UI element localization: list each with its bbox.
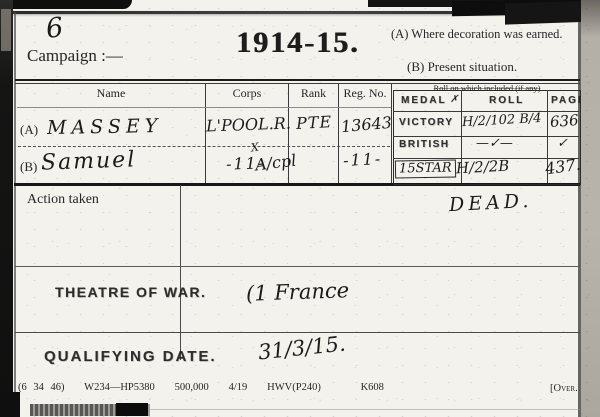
action-section-rule (15, 266, 580, 267)
medal-row-star-roll: H/2/2B (456, 157, 510, 178)
medal-index-card-scan: 6 Campaign :— 1914-15. (A) Where decorat… (0, 0, 600, 417)
row-a-label: (A) (20, 122, 38, 138)
action-taken-value: DEAD. (448, 190, 532, 216)
medal-row-british-label: BRITISH (399, 139, 450, 150)
over-note: [Over. (550, 383, 578, 394)
action-taken-label: Action taken (27, 192, 99, 208)
roll-box-title: Roll on which included (if any) (395, 83, 579, 93)
form-print-code: (6 34 46) W234—HP5380 500,000 4/19 HWV(P… (18, 382, 384, 393)
card-title: 1914-15. (236, 26, 360, 60)
campaign-label: Campaign :— (27, 46, 123, 66)
scan-edge-left-strip (0, 0, 13, 417)
scan-edge-bottom-left-corner (0, 392, 20, 417)
card-left-border (14, 12, 16, 416)
lower-vertical-divider (180, 185, 181, 360)
row-a-corps: L'POOL.R. (206, 114, 291, 136)
roll-column-roll: ROLL (489, 95, 524, 106)
corner-mark: 6 (44, 12, 65, 45)
row-b-rank-mark: X (250, 141, 260, 155)
row-b-name: Samuel (41, 147, 137, 175)
medal-row-victory-page: 636 (549, 111, 579, 131)
roll-column-medal: MEDAL (401, 95, 447, 106)
medal-row-british-roll-ditto: —✓— (476, 136, 513, 151)
row-b-reg-no-ditto: -11- (343, 149, 383, 170)
qualifying-date-value: 31/3/15. (257, 331, 347, 364)
medal-row-victory-label: VICTORY (399, 117, 453, 128)
row-b-rank: A/cpl (254, 151, 297, 175)
column-header-rank: Rank (289, 86, 338, 101)
row-b-label: (B) (20, 159, 37, 175)
qualifying-date-label: QUALIFYING DATE. (44, 348, 217, 365)
row-a-name: MASSEY (47, 115, 163, 139)
roll-header-check-mark: ✗ (450, 94, 458, 105)
scan-bottom-black-blot (116, 403, 148, 416)
scan-edge-top-left (0, 0, 132, 9)
row-a-reg-no: 13643 (340, 113, 392, 136)
table-header-underline (17, 107, 391, 108)
scan-edge-right-strip (581, 0, 600, 417)
column-header-reg-no: Reg. No. (339, 86, 391, 101)
bottom-faint-rule (140, 409, 580, 410)
header-rule-heavy (15, 79, 580, 81)
medal-row-british-page-ditto: ✓ (557, 136, 568, 151)
column-header-corps: Corps (206, 86, 288, 101)
theatre-of-war-label: THEATRE OF WAR. (55, 284, 206, 300)
table-divider-reg-rollbox (391, 84, 392, 184)
row-a-rank: PTE (296, 112, 333, 133)
column-header-name: Name (17, 86, 205, 101)
note-present-situation: (B) Present situation. (407, 59, 517, 75)
medal-row-star-label: 15STAR (395, 159, 456, 178)
theatre-section-rule (15, 332, 580, 333)
theatre-of-war-value: (1 France (246, 278, 350, 306)
table-rowA-divider (18, 146, 390, 147)
note-where-earned: (A) Where decoration was earned. (391, 27, 563, 42)
scan-edge-left-light-patch (1, 9, 11, 51)
